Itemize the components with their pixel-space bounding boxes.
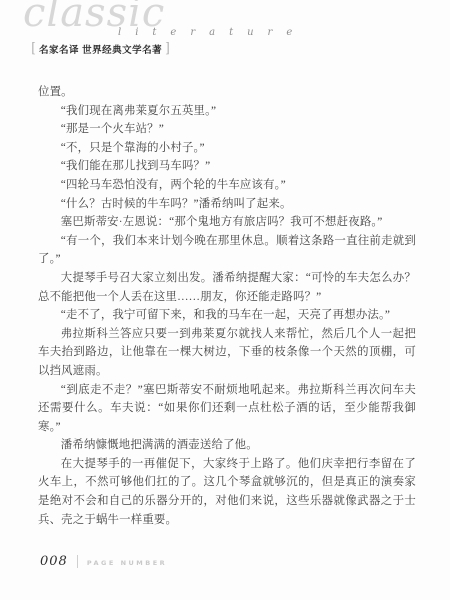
paragraph: “走不了，我宁可留下来，和我的马车在一起，天亮了再想办法。” <box>38 306 416 325</box>
paragraph: “我们现在离弗莱夏尔五英里。” <box>38 102 416 121</box>
paragraph: “不，只是个靠海的小村子。” <box>38 139 416 158</box>
paragraph: “有一个，我们本来计划今晚在那里休息。顺着这条路一直往前走就到了。” <box>38 232 416 269</box>
paragraph: “四轮马车恐怕没有，两个轮的牛车应该有。” <box>38 176 416 195</box>
footer-divider <box>77 555 78 568</box>
page-footer: 008 PAGE NUMBER <box>40 554 167 569</box>
page-number: 008 <box>40 554 68 569</box>
paragraph: 位置。 <box>38 83 416 102</box>
paragraph: 弗拉斯科兰答应只要一到弗莱夏尔就找人来帮忙，然后几个人一起把车夫抬到路边，让他靠… <box>38 325 416 381</box>
badge-text: 名家名译 世界经典文学名著 <box>37 42 164 56</box>
paragraph: 在大提琴手的一再催促下，大家终于上路了。他们庆幸把行李留在了火车上，不然可够他们… <box>38 455 416 529</box>
paragraph: “什么？古时候的牛车吗？”潘希纳叫了起来。 <box>38 195 416 214</box>
paragraph: “我们能在那儿找到马车吗？” <box>38 157 416 176</box>
badge-bracket-left: [ <box>32 41 36 56</box>
paragraph: 塞巴斯蒂安·左恩说：“那个鬼地方有旅店吗？我可不想赶夜路。” <box>38 213 416 232</box>
brand-series-word: literature <box>118 27 306 38</box>
book-page: classic literature [ 名家名译 世界经典文学名著 ] 位置。… <box>0 0 450 600</box>
paragraph: “那是一个火车站？” <box>38 120 416 139</box>
body-text: 位置。“我们现在离弗莱夏尔五英里。”“那是一个火车站？”“不，只是个靠海的小村子… <box>38 83 416 529</box>
paragraph: “到底走不走？”塞巴斯蒂安不耐烦地吼起来。弗拉斯科兰再次问车夫还需要什么。车夫说… <box>38 381 416 437</box>
badge-bracket-right: ] <box>166 41 170 56</box>
page-number-label: PAGE NUMBER <box>87 557 167 567</box>
paragraph: 大提琴手号召大家立刻出发。潘希纳提醒大家：“可怜的车夫怎么办？总不能把他一个人丢… <box>38 269 416 306</box>
series-badge: [ 名家名译 世界经典文学名著 ] <box>31 40 170 57</box>
paragraph: 潘希纳慷慨地把满满的酒壶送给了他。 <box>38 436 416 455</box>
